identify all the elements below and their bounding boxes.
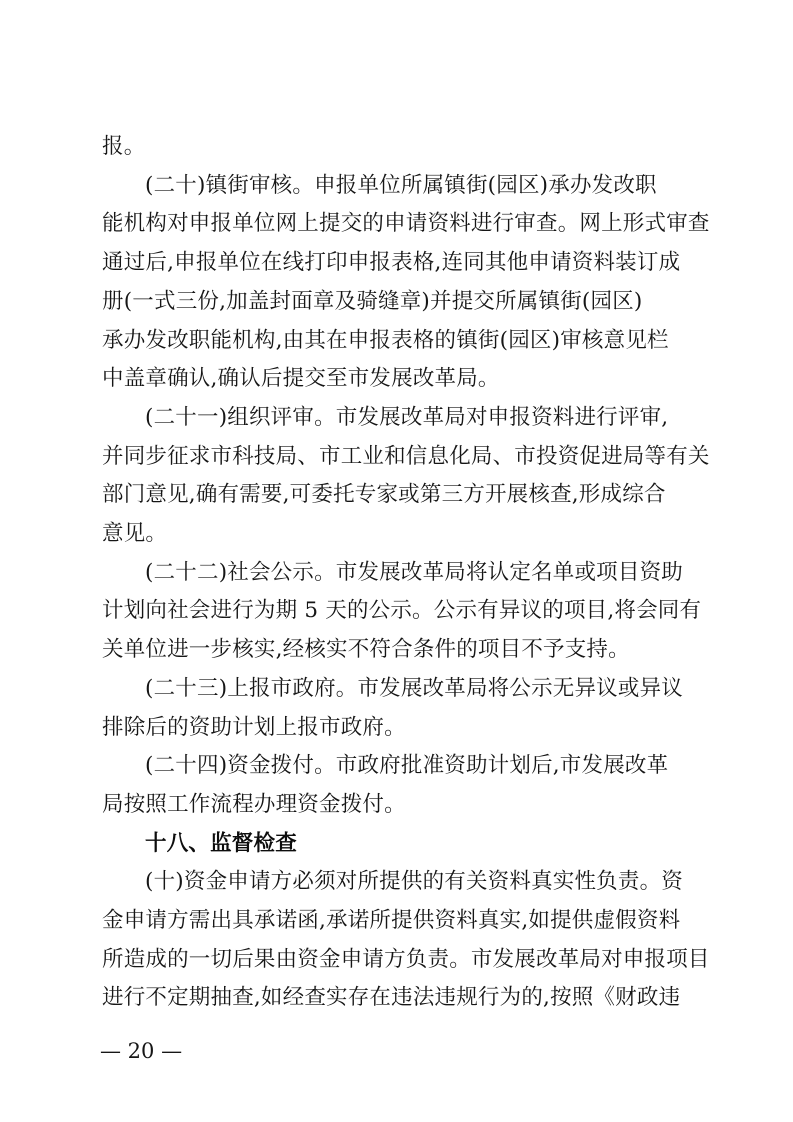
paragraph-start: (二十二)社会公示。市发展改革局将认定名单或项目资助 xyxy=(102,554,716,593)
text-line: 并同步征求市科技局、市工业和信息化局、市投资促进局等有关 xyxy=(102,438,716,477)
text-line: 意见。 xyxy=(102,515,716,554)
text-line: 承办发改职能机构,由其在申报表格的镇街(园区)审核意见栏 xyxy=(102,322,716,361)
text-line: 计划向社会进行为期 5 天的公示。公示有异议的项目,将会同有 xyxy=(102,592,716,631)
paragraph-start: (二十)镇街审核。申报单位所属镇街(园区)承办发改职 xyxy=(102,167,716,206)
page-number: — 20 — xyxy=(100,1038,182,1064)
section-heading: 十八、监督检查 xyxy=(102,825,716,864)
text-line: 报。 xyxy=(102,128,716,167)
text-line: 金申请方需出具承诺函,承诺所提供资料真实,如提供虚假资料 xyxy=(102,902,716,941)
text-line: 进行不定期抽查,如经查实存在违法违规行为的,按照《财政违 xyxy=(102,979,716,1018)
text-line: 所造成的一切后果由资金申请方负责。市发展改革局对申报项目 xyxy=(102,941,716,980)
paragraph-start: (十)资金申请方必须对所提供的有关资料真实性负责。资 xyxy=(102,863,716,902)
text-line: 关单位进一步核实,经核实不符合条件的项目不予支持。 xyxy=(102,631,716,670)
text-line: 中盖章确认,确认后提交至市发展改革局。 xyxy=(102,360,716,399)
text-line: 局按照工作流程办理资金拨付。 xyxy=(102,786,716,825)
text-line: 部门意见,确有需要,可委托专家或第三方开展核查,形成综合 xyxy=(102,476,716,515)
text-line: 册(一式三份,加盖封面章及骑缝章)并提交所属镇街(园区) xyxy=(102,283,716,322)
text-line: 排除后的资助计划上报市政府。 xyxy=(102,709,716,748)
paragraph-start: (二十一)组织评审。市发展改革局对申报资料进行评审, xyxy=(102,399,716,438)
text-line: 能机构对申报单位网上提交的申请资料进行审查。网上形式审查 xyxy=(102,205,716,244)
document-page: 报。 (二十)镇街审核。申报单位所属镇街(园区)承办发改职 能机构对申报单位网上… xyxy=(0,0,793,1122)
text-line: 通过后,申报单位在线打印申报表格,连同其他申请资料装订成 xyxy=(102,244,716,283)
paragraph-start: (二十四)资金拨付。市政府批准资助计划后,市发展改革 xyxy=(102,747,716,786)
paragraph-start: (二十三)上报市政府。市发展改革局将公示无异议或异议 xyxy=(102,670,716,709)
text-block: 报。 (二十)镇街审核。申报单位所属镇街(园区)承办发改职 能机构对申报单位网上… xyxy=(102,128,716,1018)
